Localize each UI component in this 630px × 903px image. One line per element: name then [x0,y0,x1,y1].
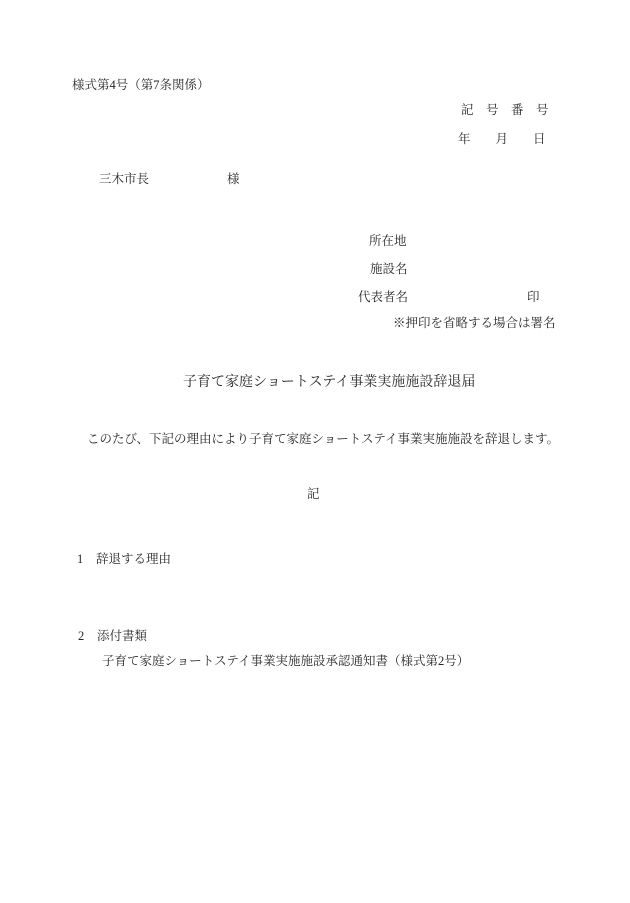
document-title: 子育て家庭ショートステイ事業実施施設辞退届 [183,375,475,392]
date-line: 年 月 日 [458,132,546,147]
reference-number-line: 記 号 番 号 [461,103,549,118]
record-marker: 記 [307,487,320,502]
addressee-honorific: 様 [227,172,240,187]
seal-omission-note: ※押印を省略する場合は署名 [393,316,556,331]
sender-address-label: 所在地 [369,234,407,249]
body-text: このたび、下記の理由により子育て家庭ショートステイ事業実施施設を辞退します。 [87,432,559,447]
form-number: 様式第4号（第7条関係） [72,78,210,93]
addressee: 三木市長 [99,172,149,187]
sender-facility-label: 施設名 [370,262,408,277]
item-2-number: 2 [78,629,84,644]
seal-mark: 印 [527,290,540,305]
item-2-detail: 子育て家庭ショートステイ事業実施施設承認通知書（様式第2号） [102,654,469,669]
document-page: 様式第4号（第7条関係） 記 号 番 号 年 月 日 三木市長 様 所在地 施設… [0,0,630,903]
item-1-number: 1 [77,552,83,567]
item-1-label: 辞退する理由 [96,552,171,567]
item-2-label: 添付書類 [97,629,147,644]
sender-representative-label: 代表者名 [358,290,408,305]
